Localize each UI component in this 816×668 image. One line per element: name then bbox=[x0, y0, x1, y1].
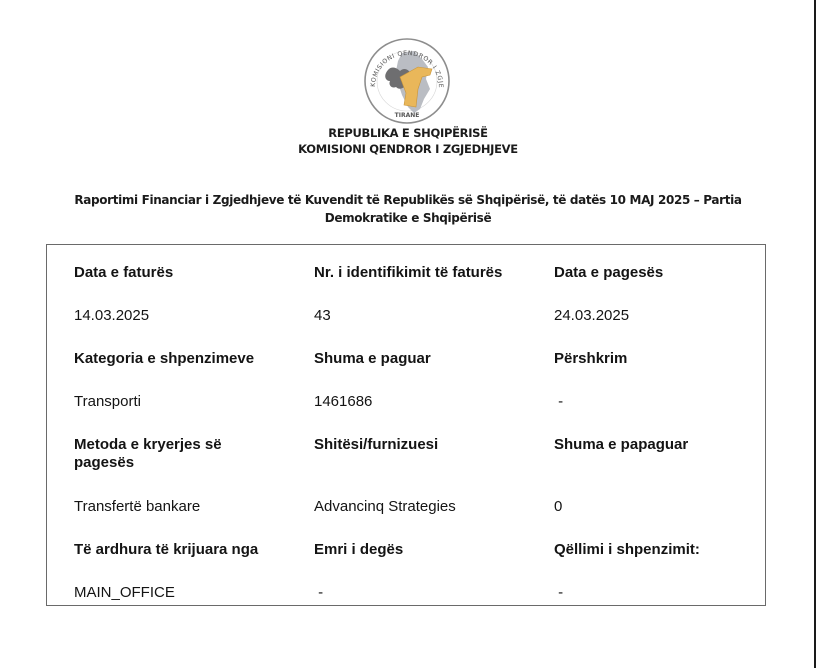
label-payment-method: Metoda e kryerjes së pagesës bbox=[74, 436, 284, 472]
label-amount-unpaid: Shuma e papaguar bbox=[554, 436, 754, 454]
label-invoice-date: Data e faturës bbox=[74, 264, 284, 282]
label-description: Përshkrim bbox=[554, 350, 754, 368]
label-invoice-id: Nr. i identifikimit të faturës bbox=[314, 264, 544, 282]
label-branch-name: Emri i degës bbox=[314, 541, 544, 559]
label-amount-paid: Shuma e paguar bbox=[314, 350, 544, 368]
label-expense-purpose: Qëllimi i shpenzimit: bbox=[554, 541, 754, 559]
svg-text:TIRANE: TIRANE bbox=[395, 112, 420, 119]
value-branch-name: - bbox=[314, 584, 544, 602]
label-revenue-source: Të ardhura të krijuara nga bbox=[74, 541, 284, 559]
value-revenue-source: MAIN_OFFICE bbox=[74, 584, 284, 602]
value-invoice-id: 43 bbox=[314, 307, 544, 325]
report-title: Raportimi Financiar i Zgjedhjeve të Kuve… bbox=[40, 191, 776, 227]
label-payment-date: Data e pagesës bbox=[554, 264, 754, 282]
value-description: - bbox=[554, 393, 754, 411]
value-invoice-date: 14.03.2025 bbox=[74, 307, 284, 325]
value-payment-date: 24.03.2025 bbox=[554, 307, 754, 325]
value-vendor: Advancinq Strategies bbox=[314, 498, 544, 516]
value-expense-category: Transporti bbox=[74, 393, 284, 411]
org-name-republic: REPUBLIKA E SHQIPËRISË bbox=[0, 126, 816, 140]
label-expense-category: Kategoria e shpenzimeve bbox=[74, 350, 284, 368]
value-payment-method: Transfertë bankare bbox=[74, 498, 284, 516]
org-name-commission: KOMISIONI QENDROR I ZGJEDHJEVE bbox=[0, 142, 816, 156]
value-amount-paid: 1461686 bbox=[314, 393, 544, 411]
label-vendor: Shitësi/furnizuesi bbox=[314, 436, 544, 454]
kqz-seal-logo-icon: KOMISIONI QENDROR I ZGJEDHJEVE TIRANE bbox=[362, 37, 452, 125]
value-amount-unpaid: 0 bbox=[554, 498, 754, 516]
value-expense-purpose: - bbox=[554, 584, 754, 602]
invoice-details-box: Data e faturës Nr. i identifikimit të fa… bbox=[46, 244, 766, 606]
